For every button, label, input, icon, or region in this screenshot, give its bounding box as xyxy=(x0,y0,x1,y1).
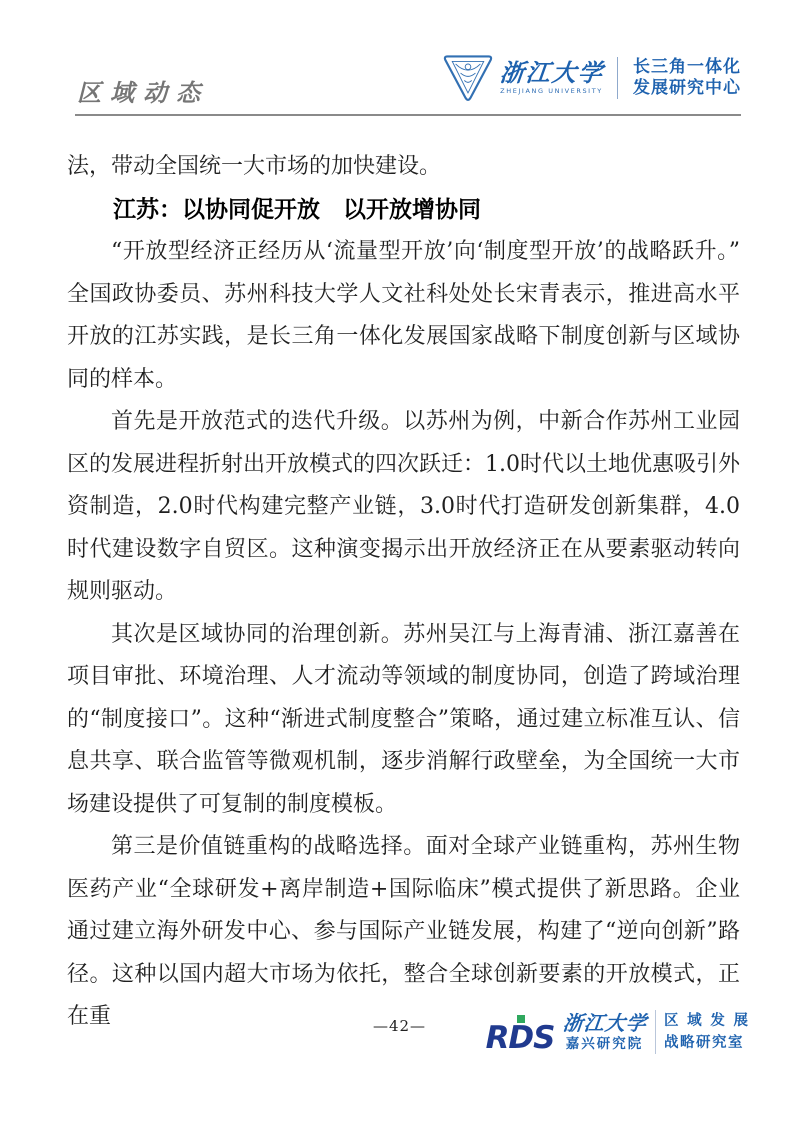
center-name-line2: 发展研究中心 xyxy=(633,78,741,98)
continuation-line: 法，带动全国统一大市场的加快建设。 xyxy=(67,146,740,189)
paragraph: 第三是价值链重构的战略选择。面对全球产业链重构，苏州生物医药产业“全球研发+离岸… xyxy=(67,826,740,1039)
footer-institute-name: 嘉兴研究院 xyxy=(566,1038,644,1052)
university-name-zh: 浙江大学 xyxy=(498,61,605,85)
office-name-line1: 区域发展 xyxy=(664,1010,748,1032)
section-label: 区域动态 xyxy=(77,73,209,108)
document-page: 区域动态 浙江大学 ZHEJIANG UNIVERSITY 长三角一体化 发展研… xyxy=(0,0,799,1131)
rds-green-square-icon xyxy=(517,1015,525,1023)
rds-wordmark: RDS xyxy=(486,1011,555,1054)
rds-acronym: RDS xyxy=(486,1020,555,1056)
header-logo: 浙江大学 ZHEJIANG UNIVERSITY 长三角一体化 发展研究中心 xyxy=(443,54,742,102)
university-name-en: ZHEJIANG UNIVERSITY xyxy=(500,88,603,95)
paragraph: 其次是区域协同的治理创新。苏州吴江与上海青浦、浙江嘉善在项目审批、环境治理、人才… xyxy=(67,614,740,827)
zju-shield-eagle-icon xyxy=(443,54,493,102)
center-name-line1: 长三角一体化 xyxy=(633,57,741,77)
article-body: 法，带动全国统一大市场的加快建设。 江苏：以协同促开放 以开放增协同 “开放型经… xyxy=(67,146,740,1039)
footer-office-name: 区域发展 战略研究室 xyxy=(664,1010,748,1054)
footer-logo: RDS 浙江大学 嘉兴研究院 区域发展 战略研究室 xyxy=(486,1010,748,1054)
footer-university-block: 浙江大学 嘉兴研究院 xyxy=(563,1013,647,1052)
center-name: 长三角一体化 发展研究中心 xyxy=(633,57,741,99)
paragraph: 首先是开放范式的迭代升级。以苏州为例，中新合作苏州工业园区的发展进程折射出开放模… xyxy=(67,401,740,614)
logo-divider xyxy=(617,57,619,99)
section-heading: 江苏：以协同促开放 以开放增协同 xyxy=(67,189,740,232)
paragraph: “开放型经济正经历从‘流量型开放’向‘制度型开放’的战略跃升。”全国政协委员、苏… xyxy=(67,231,740,401)
university-wordmark: 浙江大学 ZHEJIANG UNIVERSITY xyxy=(500,61,604,95)
page-header: 区域动态 浙江大学 ZHEJIANG UNIVERSITY 长三角一体化 发展研… xyxy=(75,0,741,116)
footer-university-name-zh: 浙江大学 xyxy=(561,1013,647,1033)
footer-logo-divider xyxy=(655,1010,657,1054)
office-name-line2: 战略研究室 xyxy=(664,1032,748,1054)
